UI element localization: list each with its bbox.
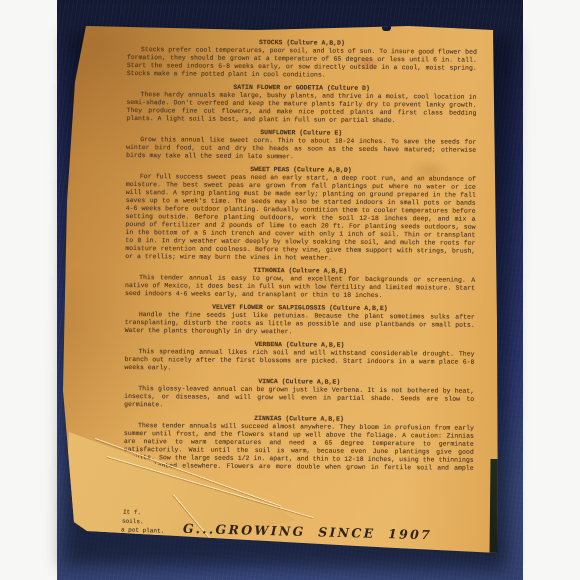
document-section: SWEET PEAS (Culture A,B,D) For full succ… (125, 165, 476, 264)
section-body: This spreading annual likes rich soil an… (124, 348, 474, 375)
white-border-right (523, 0, 580, 580)
section-body: These hardy annuals make large, bushy pl… (126, 91, 476, 126)
document-section: VERBENA (Culture A,B,E) This spreading a… (124, 340, 474, 375)
photo-of-document: STOCKS (Culture A,B,D) Stocks prefer coo… (0, 0, 580, 580)
document-section: VINCA (Culture A,B,E) This glossy-leaved… (124, 377, 474, 412)
white-border-left (0, 0, 57, 580)
section-body: This tender annual is easy to grow, and … (125, 274, 475, 301)
ink-smudge (121, 496, 149, 507)
section-body: Handle the fine seeds just like petunias… (125, 311, 475, 338)
seed-culture-sheet: STOCKS (Culture A,B,D) Stocks prefer coo… (57, 22, 507, 562)
document-section: SUNFLOWER (Culture E) Grow this annual l… (126, 128, 476, 163)
document-section: ZINNIAS (Culture A,B,E) These tender ann… (124, 414, 474, 481)
typed-text-block: STOCKS (Culture A,B,D) Stocks prefer coo… (124, 38, 477, 486)
document-section: TITHONIA (Culture A,B,E) This tender ann… (125, 266, 475, 301)
section-body: Stocks prefer cool temperatures, poor so… (127, 46, 477, 81)
document-section: STOCKS (Culture A,B,D) Stocks prefer coo… (127, 38, 477, 81)
section-body: This glossy-leaved annual can be grown j… (124, 385, 474, 412)
document-section: VELVET FLOWER or SALPIGLOSSIS (Culture A… (125, 303, 475, 338)
section-body: These tender annuals will succeed almost… (124, 422, 474, 481)
section-body: For full success sweet peas need an earl… (125, 173, 476, 264)
sections-container: STOCKS (Culture A,B,D) Stocks prefer coo… (124, 38, 477, 481)
section-body: Grow this annual like sweet corn. Thin t… (126, 136, 476, 163)
document-section: SATIN FLOWER or GODETIA (Culture D) Thes… (126, 83, 476, 126)
